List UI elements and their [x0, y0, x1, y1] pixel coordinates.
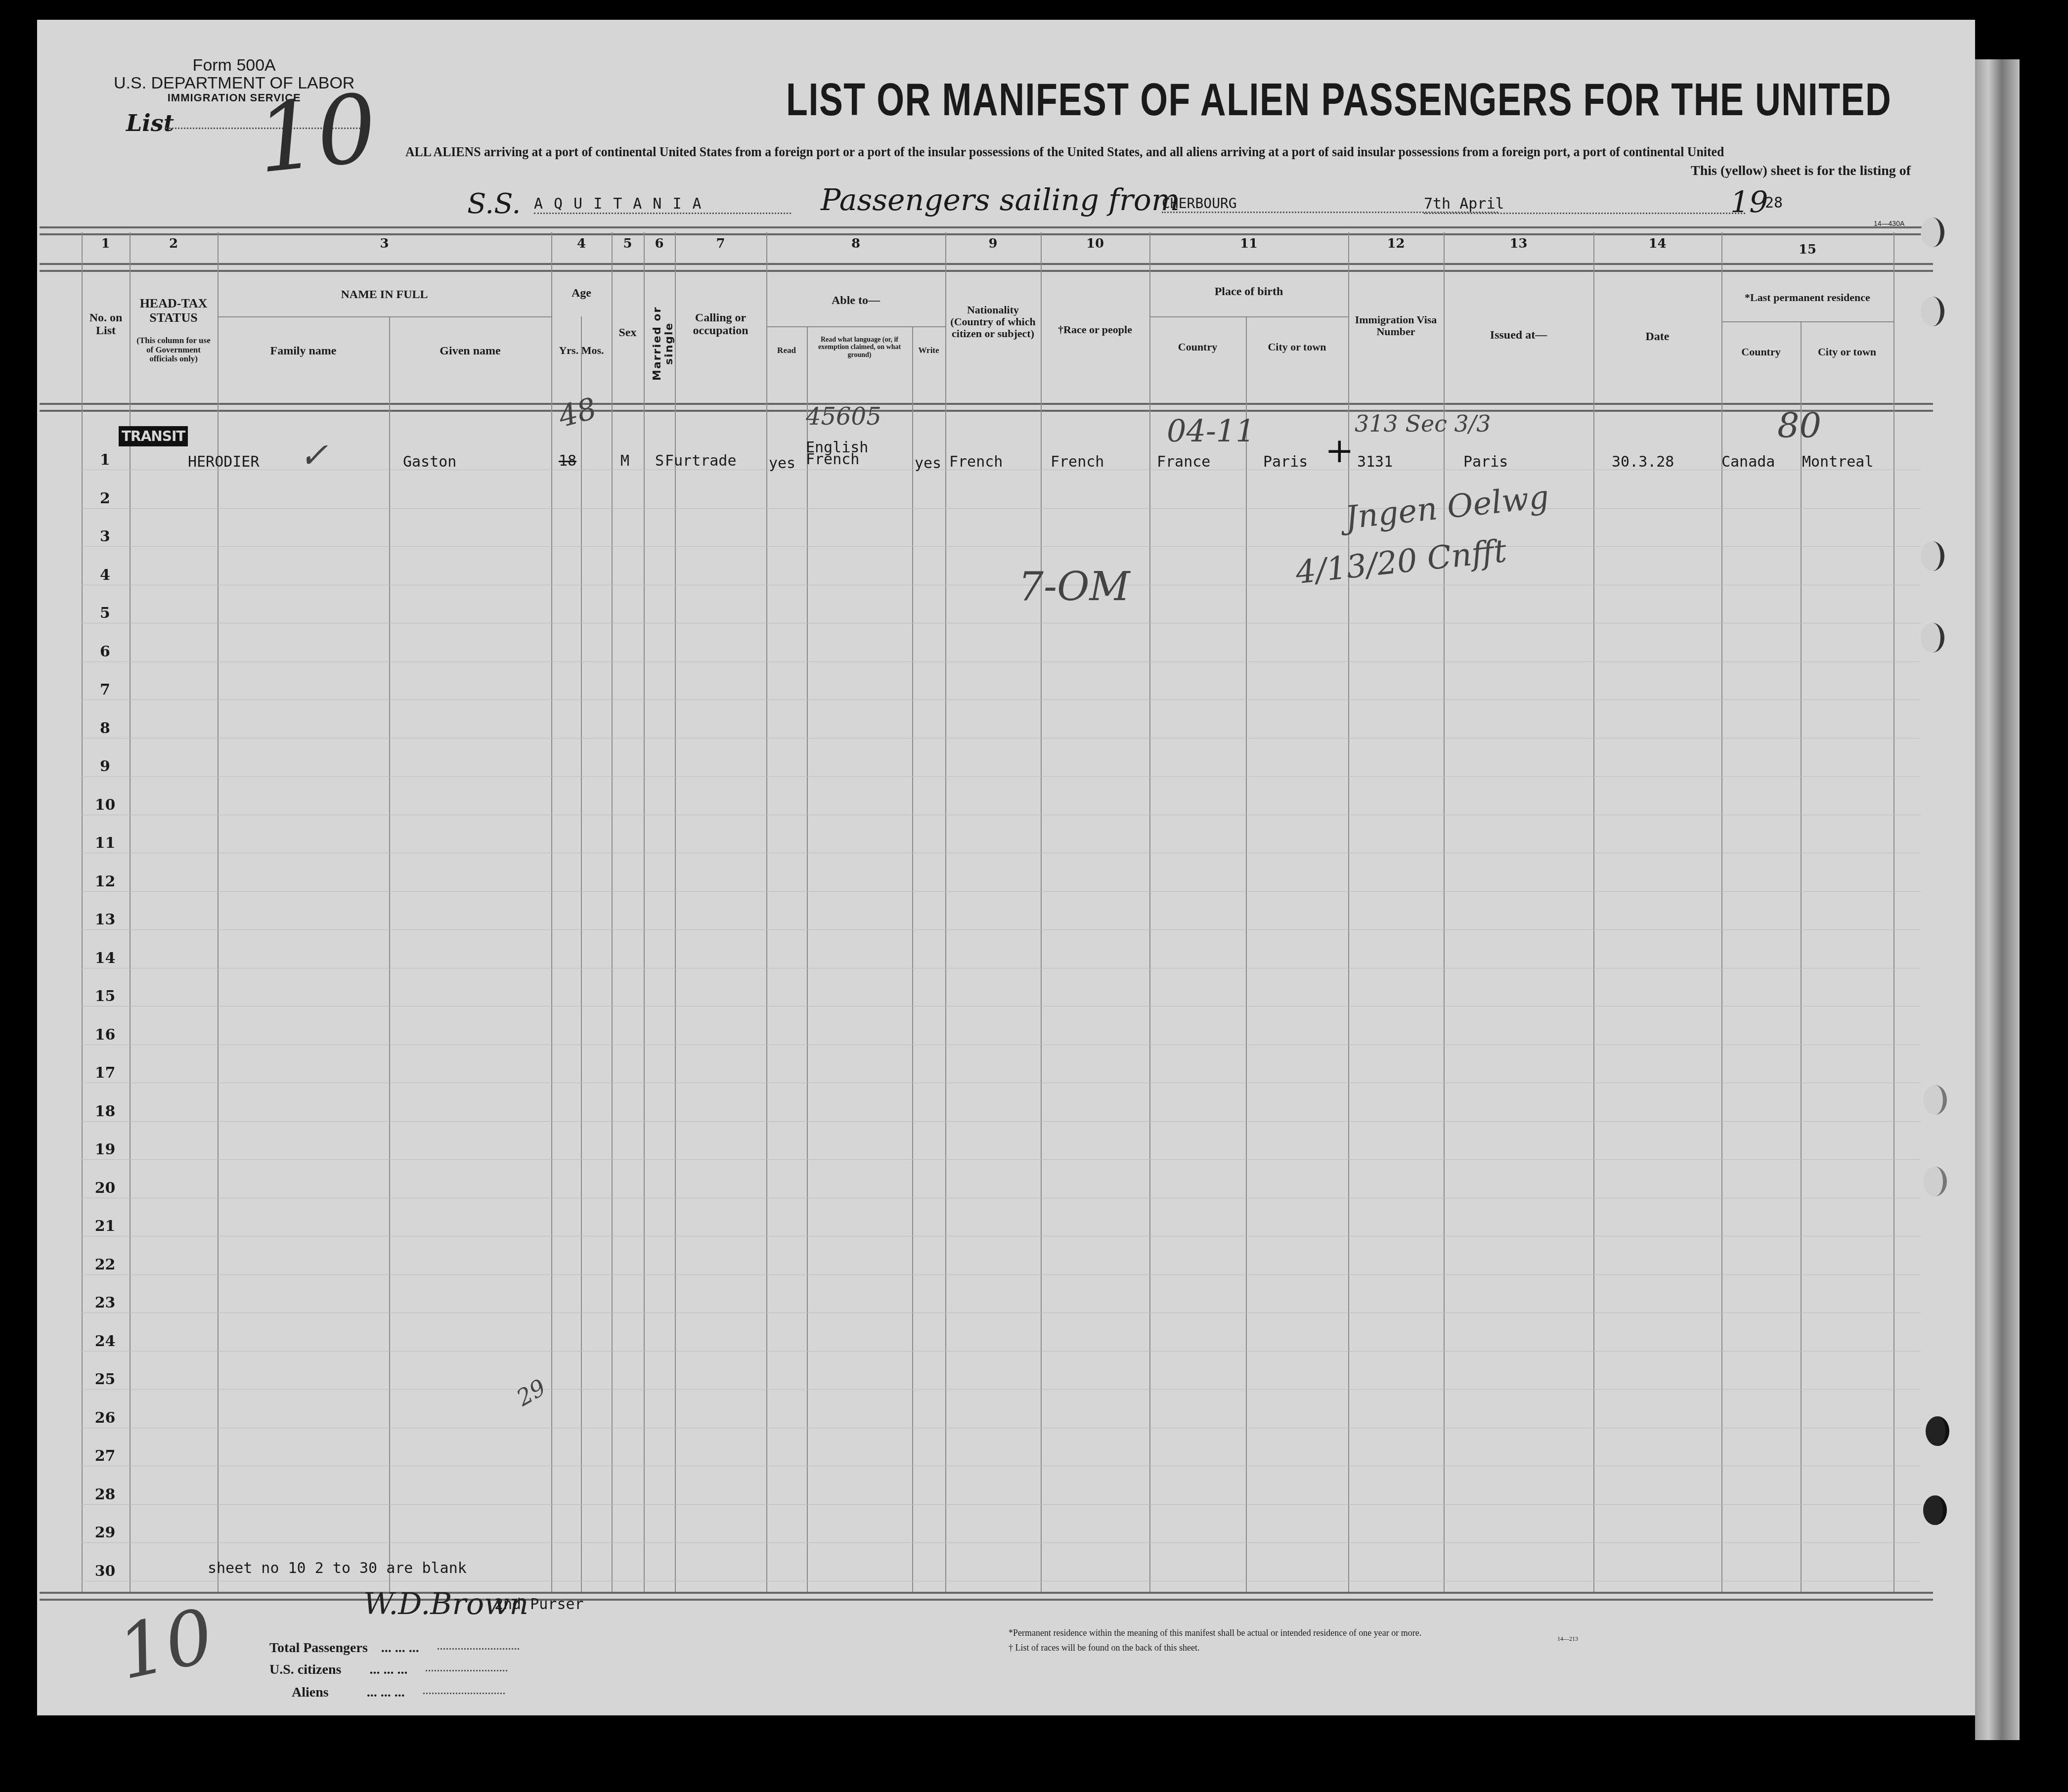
punch-hole	[1921, 218, 1944, 247]
aliens-row: Aliens ... ... ...	[292, 1685, 505, 1701]
header-yrs-mos: Yrs. Mos.	[551, 345, 612, 356]
header-head-tax-note: (This column for use of Government offic…	[133, 336, 214, 364]
row-number: 25	[82, 1371, 129, 1388]
aliens-dots: ... ... ...	[367, 1685, 405, 1700]
list-label: List	[126, 110, 174, 136]
row1-birth-country: France	[1157, 453, 1210, 471]
row-rule	[82, 815, 1921, 815]
blank-rows-note: sheet no 10 2 to 30 are blank	[208, 1560, 467, 1577]
row1-language-hand: 45605	[806, 403, 881, 431]
row1-language-2: French	[806, 451, 859, 468]
row1-age-typed: 18	[559, 452, 576, 470]
col-line	[644, 232, 645, 1592]
col-line	[675, 232, 676, 1592]
total-passengers-row: Total Passengers ... ... ...	[269, 1640, 519, 1656]
row1-marital: S	[655, 452, 664, 470]
row-rule	[82, 1006, 1921, 1006]
header-calling: Calling or occupation	[677, 311, 764, 338]
row-number: 19	[82, 1141, 129, 1158]
col-number-4: 4	[551, 236, 612, 251]
row-rule	[82, 968, 1921, 968]
col-number-2: 2	[130, 236, 218, 251]
col-line	[1721, 232, 1722, 1592]
row-number: 10	[82, 796, 129, 814]
row-rule	[82, 546, 1921, 547]
row1-family-name: HERODIER	[188, 453, 260, 471]
row-number: 18	[82, 1103, 129, 1120]
col-line	[1593, 232, 1594, 1592]
row-number: 3	[82, 528, 129, 545]
col-number-1: 1	[82, 236, 130, 251]
manifest-subtitle: ALL ALIENS arriving at a port of contine…	[405, 144, 1724, 160]
col-line	[1041, 232, 1042, 1592]
header-family-name: Family name	[218, 345, 389, 357]
year-prefix: 19	[1730, 185, 1768, 220]
header-age: Age	[551, 287, 612, 300]
us-citizens-row: U.S. citizens ... ... ...	[269, 1662, 507, 1678]
header-place-of-birth: Place of birth	[1149, 285, 1348, 298]
us-citizens-field	[426, 1670, 507, 1671]
header-sex: Sex	[612, 326, 644, 339]
punch-hole	[1923, 1495, 1947, 1525]
head-tax-stamp: TRANSIT	[119, 426, 188, 446]
col-number-10: 10	[1041, 236, 1149, 251]
list-number-handwritten: 10	[252, 73, 382, 194]
row-rule	[82, 508, 1921, 509]
header-able-to: Able to—	[766, 294, 945, 307]
row1-res-city: Montreal	[1802, 453, 1874, 471]
row-rule	[82, 1428, 1921, 1428]
row-rule	[82, 1504, 1921, 1505]
row-number: 9	[82, 758, 129, 775]
col-number-7: 7	[675, 236, 766, 251]
header-write: Write	[912, 346, 945, 355]
row-rule	[82, 1236, 1921, 1236]
manifest-sheet	[37, 20, 1975, 1715]
sailing-date: 7th April	[1424, 195, 1745, 214]
table-rule-end	[40, 1592, 1933, 1601]
row-number: 7	[82, 681, 129, 699]
row-number: 30	[82, 1563, 129, 1580]
punch-hole	[1921, 623, 1944, 653]
header-visa-number: Immigration Visa Number	[1348, 314, 1444, 338]
header-res-country: Country	[1721, 346, 1801, 358]
row-rule	[82, 853, 1921, 853]
us-citizens-dots: ... ... ...	[369, 1662, 407, 1677]
aliens-label: Aliens	[292, 1685, 329, 1700]
header-date: Date	[1593, 330, 1721, 343]
row-number: 22	[82, 1256, 129, 1273]
row-rule	[82, 1312, 1921, 1313]
row-number: 4	[82, 567, 129, 584]
ss-label: S.S.	[467, 188, 521, 220]
us-citizens-label: U.S. citizens	[269, 1662, 341, 1677]
row1-issued-at: Paris	[1463, 453, 1508, 471]
col-number-9: 9	[945, 236, 1041, 251]
col-line	[612, 232, 613, 1592]
subheader-line-able	[766, 326, 945, 327]
col-line	[912, 326, 913, 1592]
punch-hole	[1923, 1085, 1947, 1115]
manifest-subtitle-sheet: This (yellow) sheet is for the listing o…	[1691, 163, 1911, 179]
col-line	[766, 232, 767, 1592]
row-rule	[82, 661, 1921, 662]
row1-date: 30.3.28	[1612, 453, 1674, 471]
row-rule	[82, 699, 1921, 700]
col-number-15: 15	[1721, 242, 1893, 257]
row-number: 11	[82, 834, 129, 852]
row1-birth-hand: 04-11	[1167, 413, 1255, 449]
row-number: 16	[82, 1026, 129, 1044]
row1-visa-number: 3131	[1357, 453, 1393, 471]
row1-read: yes	[769, 455, 795, 472]
cross-mark-icon: +	[1325, 430, 1354, 471]
row1-occupation: Furtrade	[665, 452, 737, 470]
row1-write: yes	[915, 455, 941, 472]
header-race: †Race or people	[1041, 324, 1149, 336]
row-rule	[82, 1121, 1921, 1122]
footnote-races: † List of races will be found on the bac…	[1009, 1643, 1199, 1653]
header-head-tax: HEAD-TAX STATUS	[131, 297, 216, 325]
header-married-single: Married or single	[652, 294, 675, 393]
header-name-in-full: NAME IN FULL	[218, 288, 551, 301]
header-res-city: City or town	[1801, 346, 1893, 358]
row-number: 12	[82, 873, 129, 890]
header-no-on-list: No. on List	[84, 311, 128, 338]
paper-stack-edge	[1975, 59, 2020, 1740]
row-number: 15	[82, 988, 129, 1005]
row-number: 8	[82, 720, 129, 737]
row-rule	[82, 1581, 1921, 1581]
header-issued-at: Issued at—	[1444, 329, 1593, 342]
row-number: 21	[82, 1218, 129, 1235]
subheader-line-residence	[1721, 321, 1893, 322]
row-rule	[82, 1274, 1921, 1275]
total-passengers-field	[438, 1648, 519, 1650]
row1-nationality: French	[949, 453, 1003, 471]
row-rule	[82, 776, 1921, 777]
year-suffix: 28	[1765, 194, 1783, 212]
row-number: 13	[82, 911, 129, 928]
header-rule-bottom	[40, 403, 1933, 412]
sailing-label: Passengers sailing from	[821, 183, 1180, 218]
row-number: 28	[82, 1486, 129, 1503]
row-number: 23	[82, 1294, 129, 1311]
check-mark-icon: ✓	[299, 435, 328, 476]
row1-birth-city: Paris	[1263, 453, 1308, 471]
row-number: 2	[82, 490, 129, 507]
row-number: 17	[82, 1064, 129, 1082]
manifest-title: LIST OR MANIFEST OF ALIEN PASSENGERS FOR…	[786, 74, 1892, 126]
punch-hole	[1921, 297, 1944, 326]
row1-race: French	[1051, 453, 1104, 471]
col-number-6: 6	[644, 236, 675, 251]
row-rule	[82, 1045, 1921, 1045]
row-rule	[82, 738, 1921, 739]
header-nationality: Nationality (Country of which citizen or…	[945, 304, 1041, 340]
row-number: 27	[82, 1447, 129, 1465]
row-rule	[82, 891, 1921, 892]
col-number-12: 12	[1348, 236, 1444, 251]
aliens-field	[423, 1693, 505, 1694]
row1-res-hand: 80	[1777, 405, 1821, 446]
total-passengers-dots: ... ... ...	[381, 1640, 419, 1656]
row1-sex: M	[620, 452, 629, 470]
col-number-8: 8	[766, 236, 945, 251]
row-rule	[82, 1542, 1921, 1543]
row-number: 26	[82, 1409, 129, 1427]
header-rule-mid	[40, 263, 1933, 272]
purser-title: 2nd Purser	[494, 1596, 584, 1613]
col-line	[1893, 232, 1894, 1592]
row-rule	[82, 1159, 1921, 1160]
ship-name: AQUITANIA	[534, 195, 791, 214]
pencil-annotation-om: 7-OM	[1018, 564, 1130, 610]
row-number: 14	[82, 950, 129, 967]
col-line	[218, 232, 219, 1592]
subheader-line-birth	[1149, 316, 1348, 317]
form-number: Form 500A	[114, 57, 354, 75]
col-line	[945, 232, 946, 1592]
row1-given-name: Gaston	[403, 453, 456, 471]
col-number-13: 13	[1444, 236, 1593, 251]
punch-hole	[1921, 541, 1944, 571]
header-birth-country: Country	[1149, 341, 1246, 353]
row-number: 24	[82, 1333, 129, 1350]
row1-visa-hand: 313 Sec 3/3	[1355, 410, 1491, 437]
col-number-3: 3	[218, 236, 551, 251]
row-rule	[82, 585, 1921, 585]
row-number: 29	[82, 1524, 129, 1541]
header-read-language: Read what language (or, if exemption cla…	[807, 336, 912, 359]
col-number-5: 5	[612, 236, 644, 251]
row-rule	[82, 1351, 1921, 1352]
total-passengers-label: Total Passengers	[269, 1640, 368, 1656]
row-number: 1	[82, 451, 129, 469]
footnote-code: 14—213	[1557, 1635, 1578, 1643]
row-rule	[82, 1389, 1921, 1390]
row-number: 5	[82, 605, 129, 622]
header-rule-top	[40, 226, 1933, 235]
footnote-residence: *Permanent residence within the meaning …	[1009, 1628, 1421, 1638]
col-line	[1801, 321, 1802, 1592]
row-rule	[82, 623, 1921, 623]
row-number: 20	[82, 1180, 129, 1197]
subheader-line-name	[218, 316, 551, 317]
col-number-14: 14	[1593, 236, 1721, 251]
row-rule	[82, 929, 1921, 930]
punch-hole	[1923, 1167, 1947, 1196]
header-read: Read	[766, 346, 807, 355]
header-given-name: Given name	[389, 345, 551, 357]
row1-res-country: Canada	[1721, 453, 1775, 471]
header-last-residence: *Last permanent residence	[1721, 292, 1893, 304]
header-birth-city: City or town	[1246, 341, 1348, 353]
punch-hole	[1926, 1416, 1949, 1446]
col-line	[1149, 232, 1150, 1592]
row-number: 6	[82, 643, 129, 660]
col-line	[807, 326, 808, 1592]
row-rule	[82, 1466, 1921, 1466]
row-rule	[82, 1083, 1921, 1083]
row-rule	[82, 1198, 1921, 1198]
col-number-11: 11	[1149, 236, 1348, 251]
col-line	[551, 232, 552, 1592]
